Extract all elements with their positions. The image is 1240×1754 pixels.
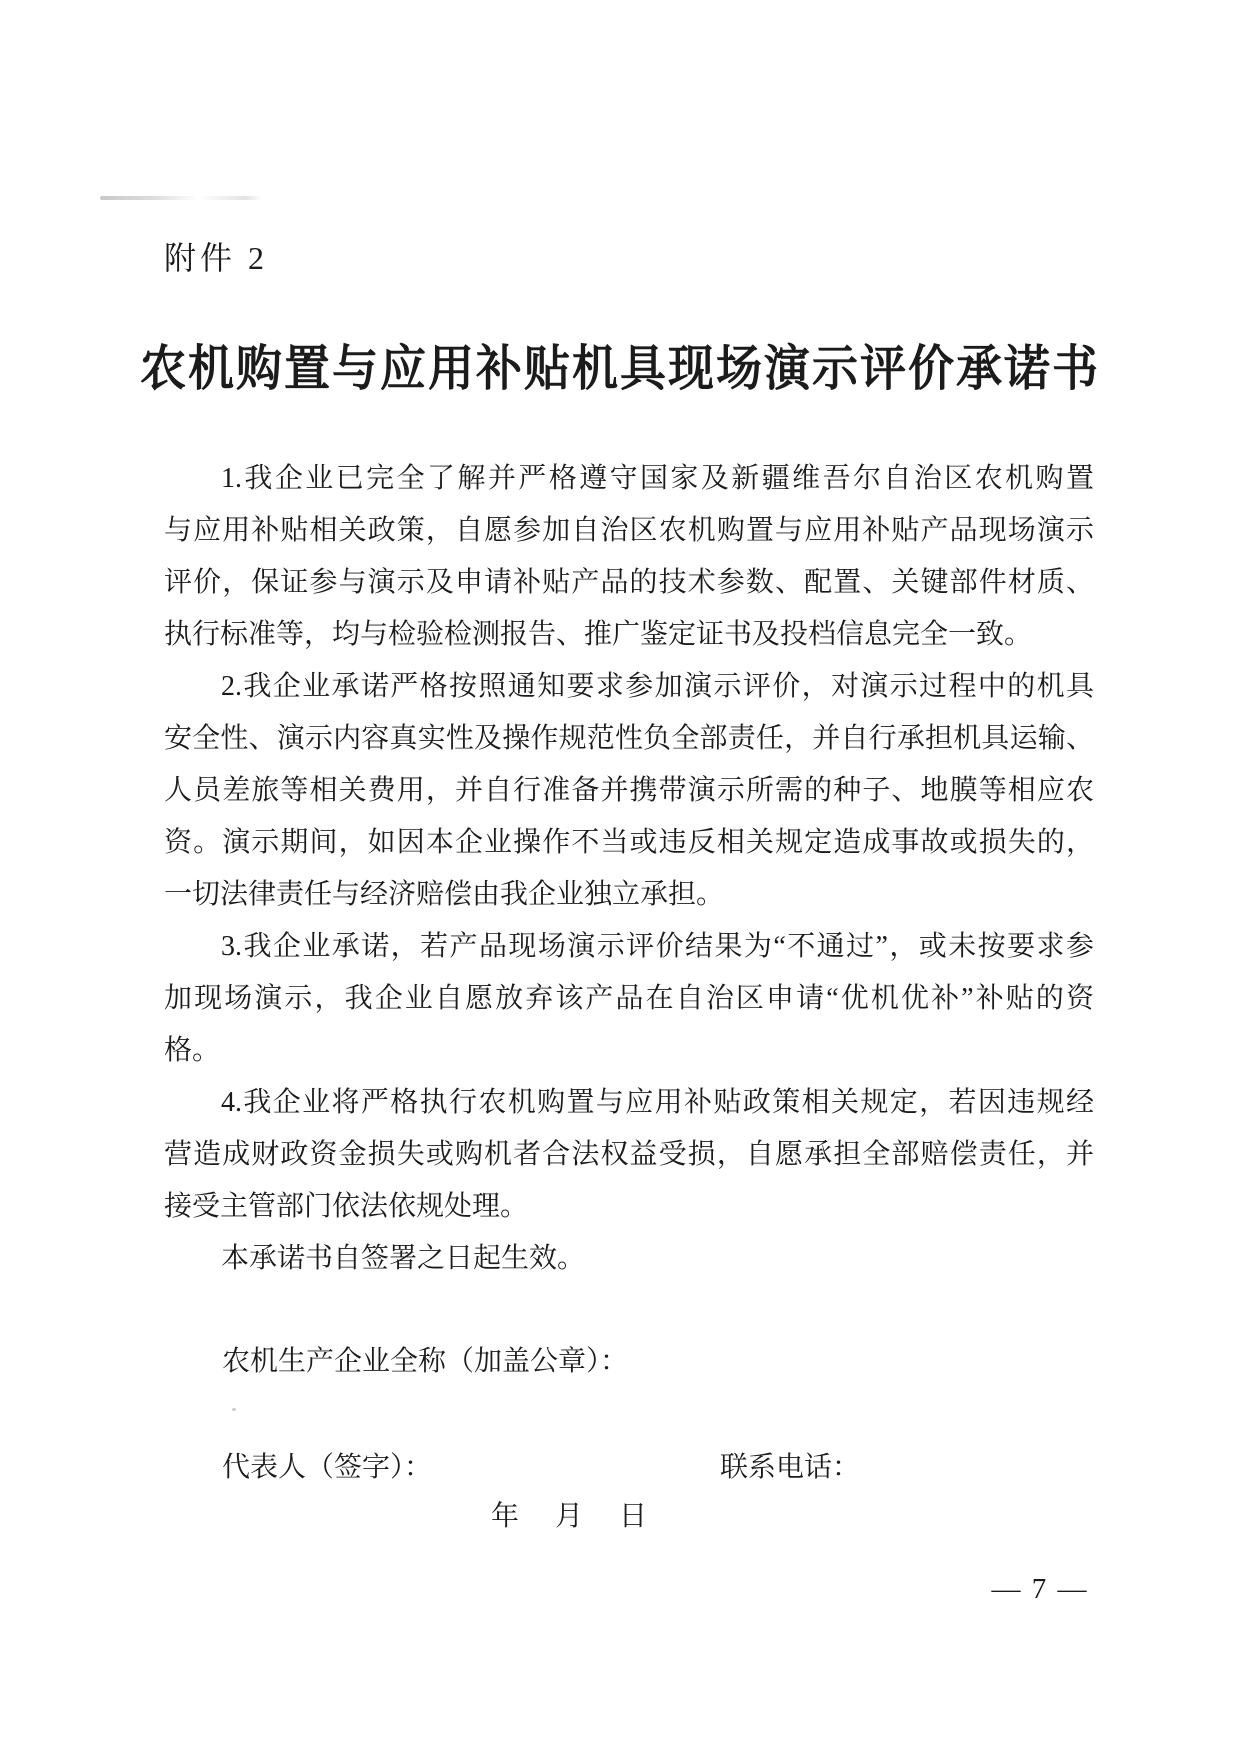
body-line: 一切法律责任与经济赔偿由我企业独立承担。 (164, 869, 1094, 921)
annex-label: 附件 2 (164, 238, 268, 278)
body-line: 安全性、演示内容真实性及操作规范性负全部责任，并自行承担机具运输、 (164, 713, 1094, 765)
scan-artifact-speck (232, 1408, 236, 1411)
page-number: — 7 — (975, 1572, 1105, 1606)
body-line: 2.我企业承诺严格按照通知要求参加演示评价，对演示过程中的机具 (164, 661, 1094, 713)
body-line: 执行标准等，均与检验检测报告、推广鉴定证书及投档信息完全一致。 (164, 609, 1094, 661)
body-line: 本承诺书自签署之日起生效。 (164, 1233, 1094, 1285)
body-text: 1.我企业已完全了解并严格遵守国家及新疆维吾尔自治区农机购置 与应用补贴相关政策… (164, 453, 1094, 1285)
scan-artifact-streak (100, 196, 262, 200)
body-line: 接受主管部门依法依规处理。 (164, 1181, 1094, 1233)
date-line: 年 月 日 (164, 1491, 1094, 1543)
body-line: 与应用补贴相关政策，自愿参加自治区农机购置与应用补贴产品现场演示 (164, 505, 1094, 557)
phone-label: 联系电话： (720, 1442, 860, 1494)
company-name-label: 农机生产企业全称（加盖公章）： (164, 1336, 1094, 1388)
body-line: 3.我企业承诺，若产品现场演示评价结果为“不通过”，或未按要求参 (164, 921, 1094, 973)
body-line: 人员差旅等相关费用，并自行准备并携带演示所需的种子、地膜等相应农 (164, 765, 1094, 817)
body-line: 加现场演示，我企业自愿放弃该产品在自治区申请“优机优补”补贴的资 (164, 973, 1094, 1025)
representative-label: 代表人（签字）： (222, 1442, 432, 1494)
body-line: 1.我企业已完全了解并严格遵守国家及新疆维吾尔自治区农机购置 (164, 453, 1094, 505)
body-line: 4.我企业将严格执行农机购置与应用补贴政策相关规定，若因违规经 (164, 1077, 1094, 1129)
body-line: 格。 (164, 1025, 1094, 1077)
document-title: 农机购置与应用补贴机具现场演示评价承诺书 (0, 339, 1240, 398)
body-line: 营造成财政资金损失或购机者合法权益受损，自愿承担全部赔偿责任，并 (164, 1129, 1094, 1181)
document-page: 附件 2 农机购置与应用补贴机具现场演示评价承诺书 1.我企业已完全了解并严格遵… (0, 0, 1240, 1754)
body-line: 资。演示期间，如因本企业操作不当或违反相关规定造成事故或损失的， (164, 817, 1094, 869)
body-line: 评价，保证参与演示及申请补贴产品的技术参数、配置、关键部件材质、 (164, 557, 1094, 609)
